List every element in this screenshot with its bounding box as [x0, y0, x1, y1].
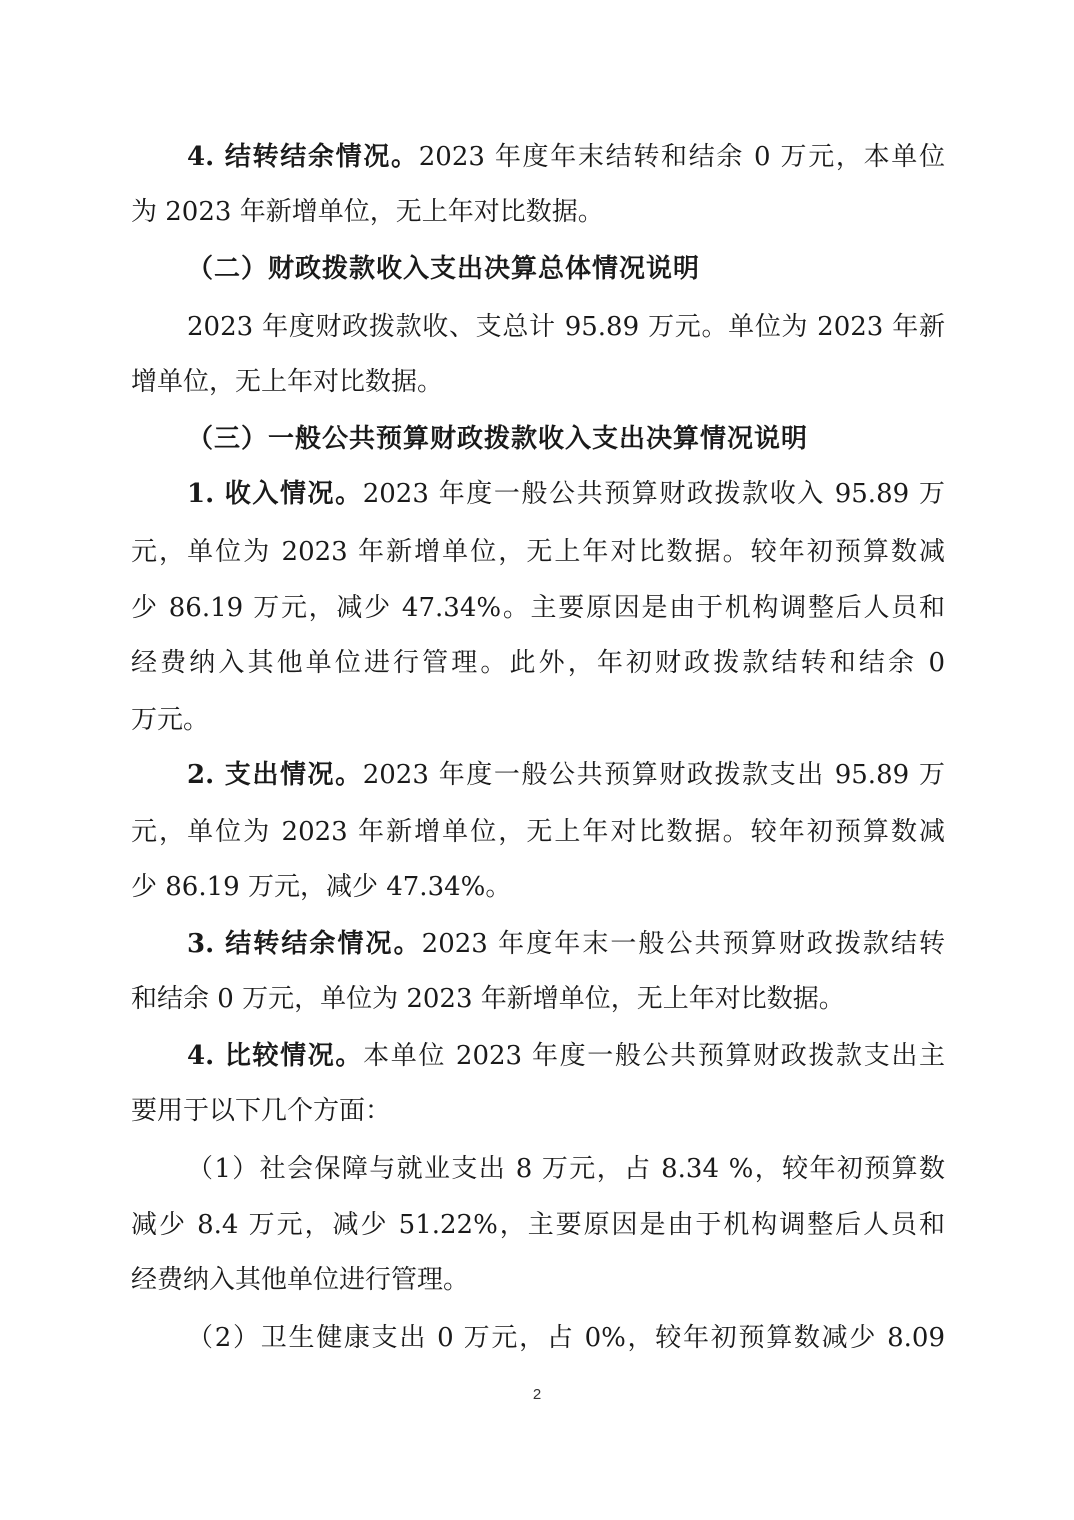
- document-page: 4. 结转结余情况。2023 年度年末结转和结余 0 万元，本单位 为 2023…: [0, 0, 1074, 1520]
- paragraph-carryover-general-line-1: 3. 结转结余情况。2023 年度年末一般公共预算财政拨款结转: [187, 924, 945, 964]
- section-heading-2: （二）财政拨款收入支出决算总体情况说明: [187, 249, 700, 289]
- paragraph-carryover-general-line-2: 和结余 0 万元，单位为 2023 年新增单位，无上年对比数据。: [131, 979, 945, 1019]
- paragraph-fiscal-total-line-2: 增单位，无上年对比数据。: [131, 362, 945, 402]
- page-number: 2: [0, 1386, 1074, 1403]
- paragraph-lead: 4. 结转结余情况。: [187, 142, 419, 172]
- paragraph-lead: 3. 结转结余情况。: [187, 929, 422, 959]
- paragraph-comparison-line-2: 要用于以下几个方面：: [131, 1091, 945, 1131]
- paragraph-income-line-5: 万元。: [131, 700, 945, 740]
- paragraph-lead: 4. 比较情况。: [187, 1041, 363, 1071]
- paragraph-income-line-2: 元，单位为 2023 年新增单位，无上年对比数据。较年初预算数减: [131, 532, 945, 572]
- paragraph-expenditure-line-3: 少 86.19 万元，减少 47.34%。: [131, 867, 945, 907]
- list-item-1-line-3: 经费纳入其他单位进行管理。: [131, 1260, 945, 1300]
- paragraph-lead: 1. 收入情况。: [187, 479, 363, 509]
- paragraph-fiscal-total-line-1: 2023 年度财政拨款收、支总计 95.89 万元。单位为 2023 年新: [187, 307, 945, 347]
- list-item-1-line-2: 减少 8.4 万元，减少 51.22%，主要原因是由于机构调整后人员和: [131, 1205, 945, 1245]
- paragraph-income-line-3: 少 86.19 万元，减少 47.34%。主要原因是由于机构调整后人员和: [131, 588, 945, 628]
- paragraph-lead: 2. 支出情况。: [187, 760, 363, 790]
- paragraph-expenditure-line-2: 元，单位为 2023 年新增单位，无上年对比数据。较年初预算数减: [131, 812, 945, 852]
- paragraph-carryover-line-2: 为 2023 年新增单位，无上年对比数据。: [131, 192, 945, 232]
- list-item-2-line-1: （2）卫生健康支出 0 万元，占 0%，较年初预算数减少 8.09: [187, 1318, 945, 1358]
- paragraph-carryover-line-1: 4. 结转结余情况。2023 年度年末结转和结余 0 万元，本单位: [187, 137, 945, 177]
- section-heading-3: （三）一般公共预算财政拨款收入支出决算情况说明: [187, 419, 808, 459]
- paragraph-comparison-line-1: 4. 比较情况。本单位 2023 年度一般公共预算财政拨款支出主: [187, 1036, 945, 1076]
- paragraph-expenditure-line-1: 2. 支出情况。2023 年度一般公共预算财政拨款支出 95.89 万: [187, 755, 945, 795]
- paragraph-income-line-1: 1. 收入情况。2023 年度一般公共预算财政拨款收入 95.89 万: [187, 474, 945, 514]
- paragraph-income-line-4: 经费纳入其他单位进行管理。此外，年初财政拨款结转和结余 0: [131, 643, 945, 683]
- list-item-1-line-1: （1）社会保障与就业支出 8 万元，占 8.34 %，较年初预算数: [187, 1149, 945, 1189]
